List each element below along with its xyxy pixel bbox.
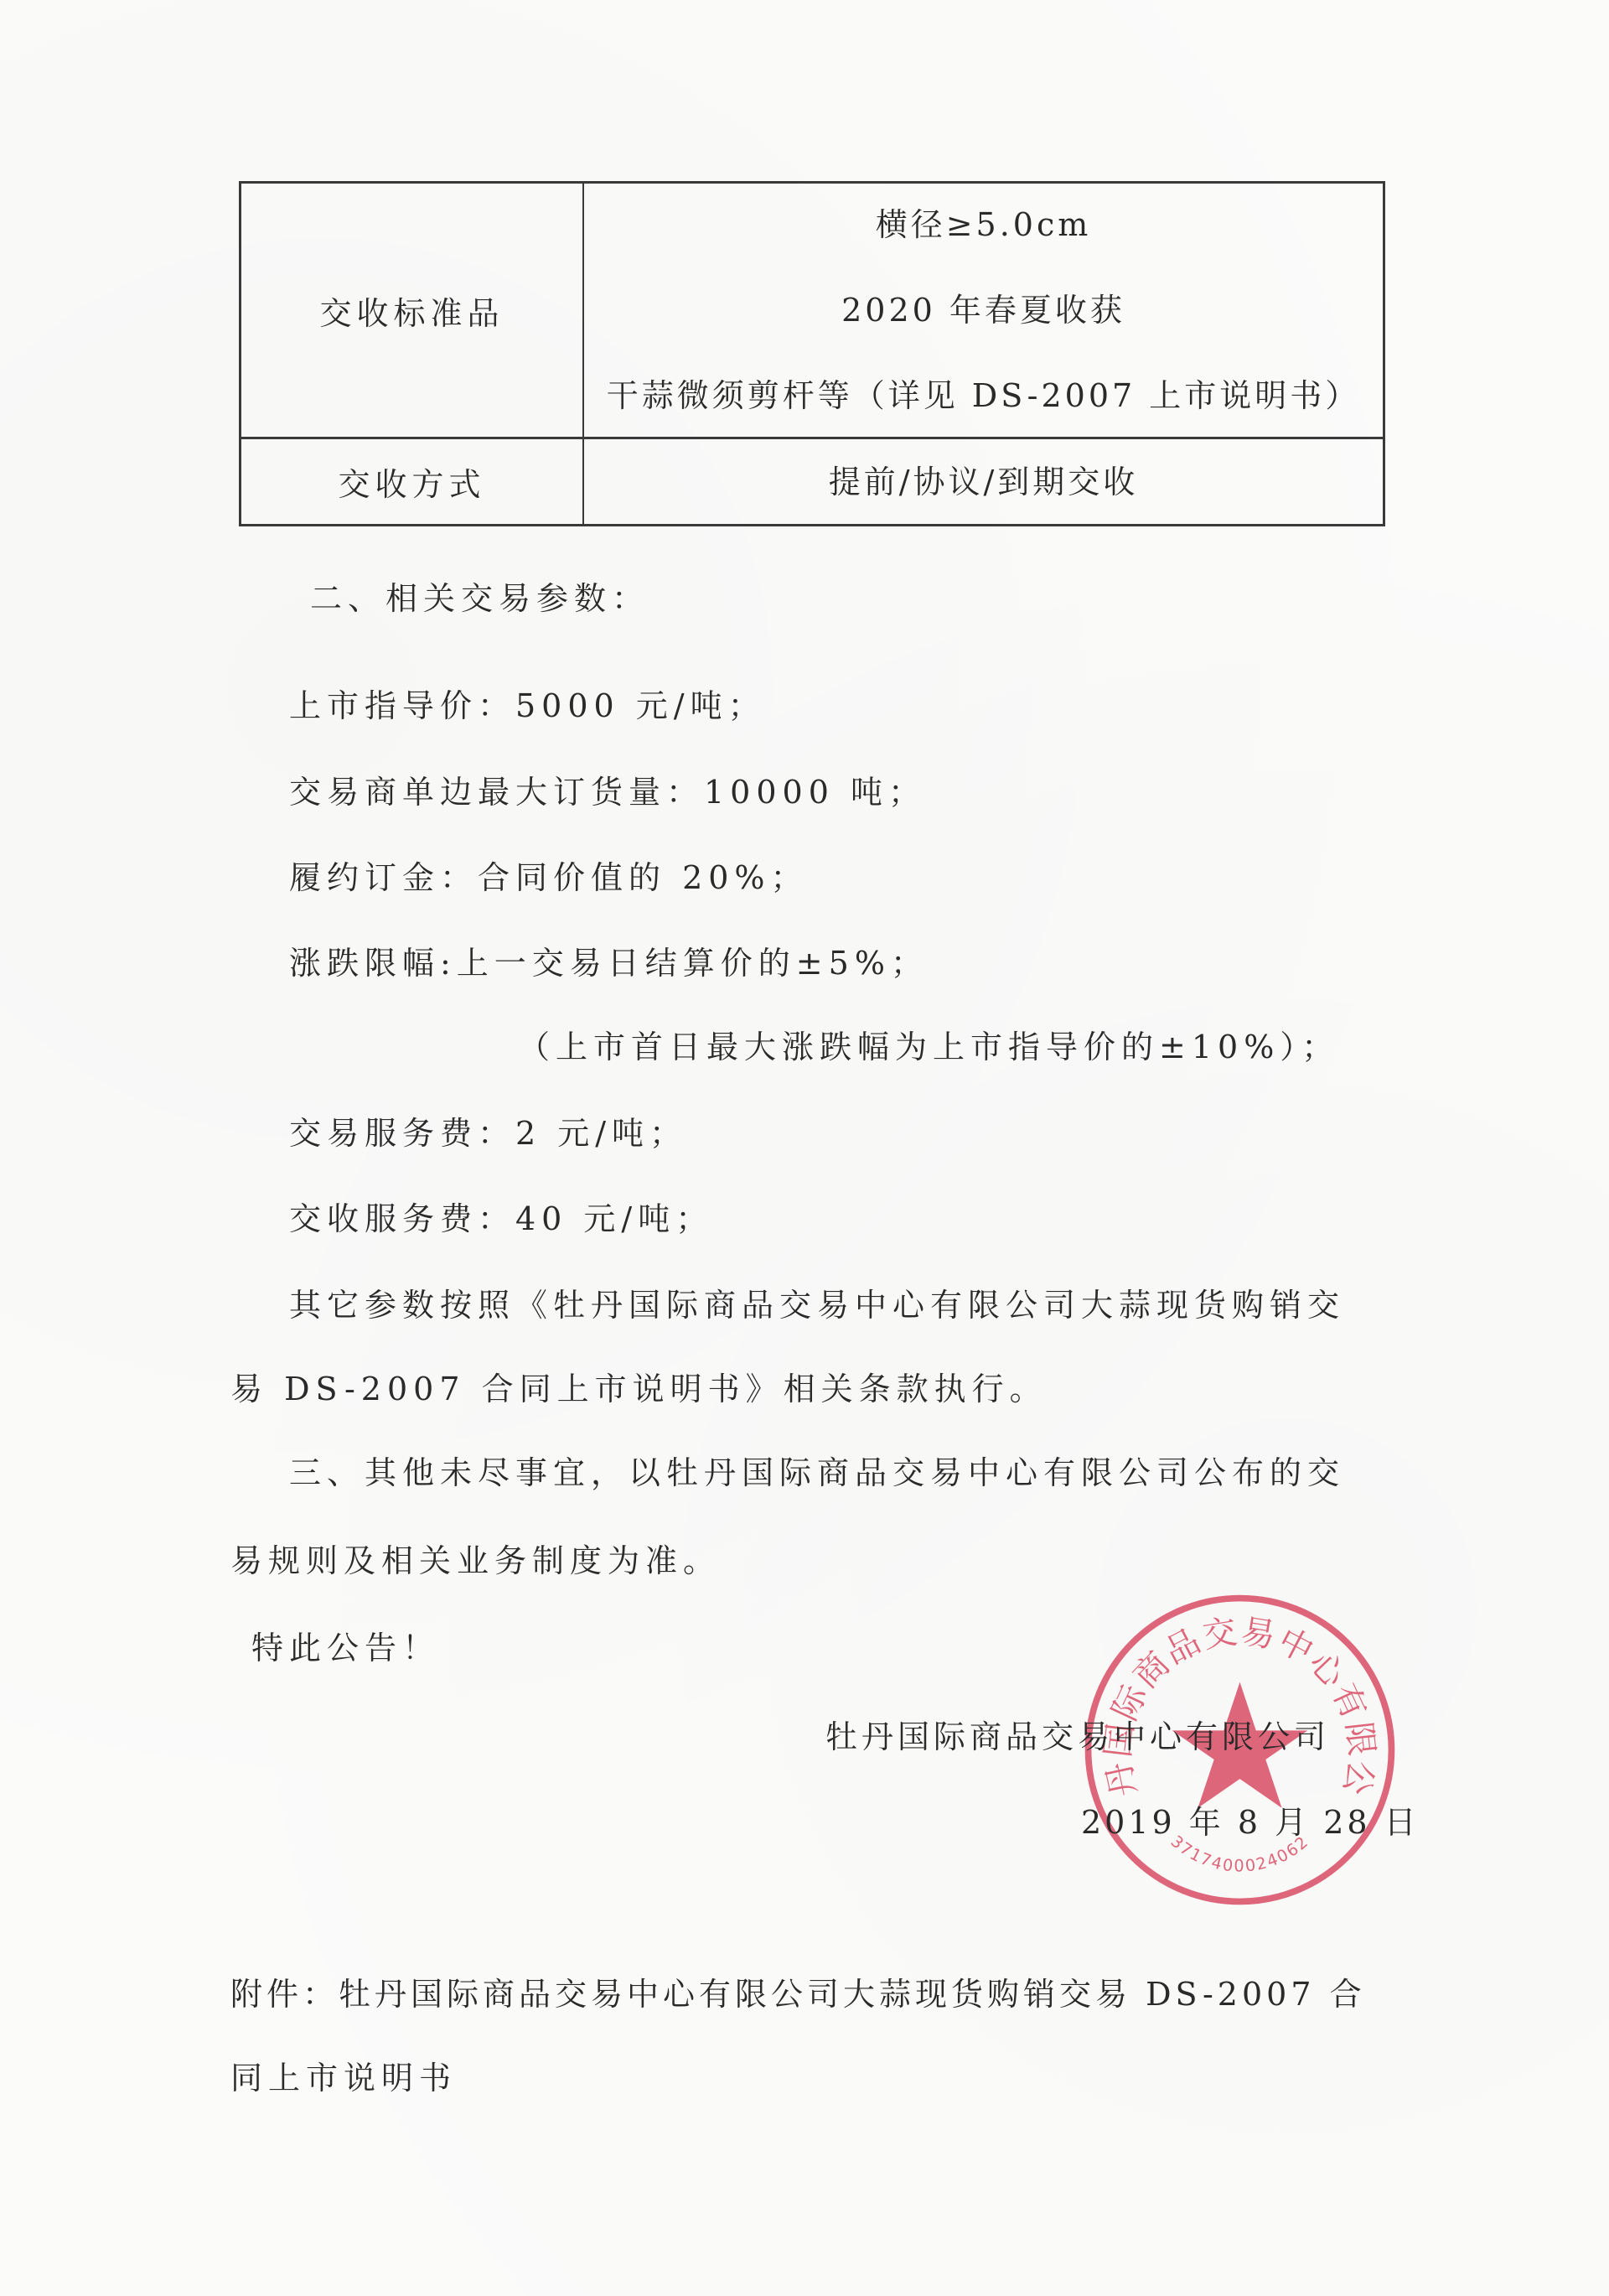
param-item: 交收服务费：40 元/吨；: [289, 1199, 713, 1239]
table-value-line: 提前/协议/到期交收: [829, 439, 1139, 525]
param-item: 交易商单边最大订货量：10000 吨；: [289, 772, 926, 812]
param-item-note: （上市首日最大涨跌幅为上市指导价的±10%）；: [518, 1027, 1339, 1067]
param-item: 涨跌限幅:上一交易日结算价的±5%；: [289, 943, 929, 983]
svg-text:牡丹国际商品交易中心有限公司: 牡丹国际商品交易中心有限公司: [1079, 1589, 1383, 1801]
table-value: 横径≥5.0cm 2020 年春夏收获 干蒜微须剪杆等（详见 DS-2007 上…: [584, 184, 1383, 437]
param-item: 上市指导价：5000 元/吨；: [289, 686, 766, 726]
document-page: 交收标准品 横径≥5.0cm 2020 年春夏收获 干蒜微须剪杆等（详见 DS-…: [0, 0, 1609, 2296]
closing-text: 特此公告！: [251, 1628, 440, 1668]
table-row-delivery-method: 交收方式 提前/协议/到期交收: [241, 439, 1383, 524]
table-value-line: 横径≥5.0cm: [876, 182, 1092, 267]
table-value-line: 2020 年春夏收获: [841, 267, 1125, 353]
table-value-line: 干蒜微须剪杆等（详见 DS-2007 上市说明书）: [607, 353, 1361, 438]
attachment-line: 附件：牡丹国际商品交易中心有限公司大蒜现货购销交易 DS-2007 合: [230, 1974, 1366, 2014]
paragraph-line: 易 DS-2007 合同上市说明书》相关条款执行。: [230, 1369, 1048, 1409]
paragraph-line: 易规则及相关业务制度为准。: [230, 1541, 721, 1581]
spec-table: 交收标准品 横径≥5.0cm 2020 年春夏收获 干蒜微须剪杆等（详见 DS-…: [239, 181, 1385, 526]
table-label: 交收标准品: [241, 184, 582, 437]
signature-company: 牡丹国际商品交易中心有限公司: [825, 1717, 1330, 1757]
column-divider: [582, 184, 584, 524]
attachment-line: 同上市说明书: [230, 2058, 457, 2098]
table-value: 提前/协议/到期交收: [584, 439, 1383, 524]
section-heading: 二、相关交易参数：: [310, 578, 649, 619]
signature-date: 2019 年 8 月 28 日: [1081, 1802, 1420, 1843]
table-row-delivery-standard: 交收标准品 横径≥5.0cm 2020 年春夏收获 干蒜微须剪杆等（详见 DS-…: [241, 184, 1383, 439]
param-item: 交易服务费：2 元/吨；: [289, 1113, 687, 1153]
paragraph-line: 三、其他未尽事宜，以牡丹国际商品交易中心有限公司公布的交: [289, 1453, 1345, 1493]
param-item: 履约订金：合同价值的 20%；: [289, 858, 809, 898]
table-label: 交收方式: [241, 439, 582, 524]
paragraph-line: 其它参数按照《牡丹国际商品交易中心有限公司大蒜现货购销交: [289, 1285, 1345, 1325]
